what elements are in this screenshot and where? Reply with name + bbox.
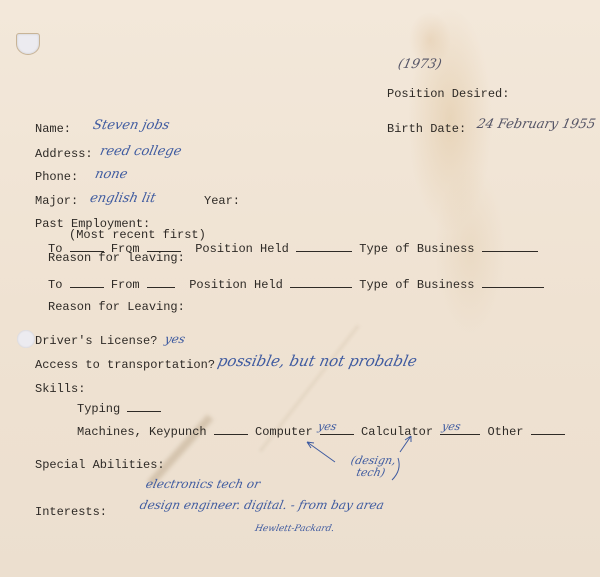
- typing-label: Typing: [77, 402, 120, 416]
- major-label: Major:: [35, 194, 78, 208]
- calculator-value: yes: [441, 420, 462, 434]
- employment-2-to-field[interactable]: [70, 276, 104, 288]
- employment-2-reason-label: Reason for Leaving:: [48, 300, 185, 314]
- interests-label: Interests:: [35, 505, 107, 519]
- address-label: Address:: [35, 147, 93, 161]
- address-value: reed college: [99, 145, 183, 159]
- drivers-license-label: Driver's License?: [35, 334, 157, 348]
- employment-1-position-field[interactable]: [296, 240, 352, 252]
- employment-1-business-label: Type of Business: [359, 242, 474, 256]
- major-value: english lit: [89, 192, 157, 206]
- employment-2-to-label: To: [48, 278, 62, 292]
- birth-date-value: 24 February 1955: [476, 118, 597, 132]
- skills-label: Skills:: [35, 382, 85, 396]
- typing-row: Typing: [77, 400, 161, 416]
- punch-hole-middle: [17, 330, 35, 348]
- keypunch-field[interactable]: [214, 423, 248, 435]
- skills-annotation: (design, tech): [345, 455, 398, 479]
- other-label: Other: [487, 425, 523, 439]
- special-abilities-label: Special Abilities:: [35, 458, 165, 472]
- interests-line-3: Hewlett-Packard.: [254, 522, 336, 536]
- calculator-label: Calculator: [361, 425, 433, 439]
- birth-date-label: Birth Date:: [387, 122, 466, 136]
- employment-1-position-label: Position Held: [195, 242, 289, 256]
- phone-label: Phone:: [35, 170, 78, 184]
- transportation-value: possible, but not probable: [217, 354, 419, 368]
- employment-2-position-field[interactable]: [290, 276, 352, 288]
- employment-2-from-label: From: [111, 278, 140, 292]
- year-annotation: (1973): [397, 58, 443, 72]
- year-label: Year:: [204, 194, 240, 208]
- drivers-license-value: yes: [164, 332, 187, 346]
- employment-1-reason-label: Reason for leaving:: [48, 251, 185, 265]
- computer-value: yes: [317, 420, 338, 434]
- employment-2-business-label: Type of Business: [359, 278, 474, 292]
- other-field[interactable]: [531, 423, 565, 435]
- name-value: Steven jobs: [92, 119, 171, 133]
- typing-field[interactable]: [127, 400, 161, 412]
- employment-2-position-label: Position Held: [189, 278, 283, 292]
- employment-2-row: To From Position Held Type of Business: [48, 276, 544, 292]
- employment-1-business-field[interactable]: [482, 240, 538, 252]
- punch-hole-top: [16, 33, 40, 55]
- employment-2-business-field[interactable]: [482, 276, 544, 288]
- interests-line-1: electronics tech or: [145, 477, 262, 491]
- position-desired-label: Position Desired:: [387, 87, 509, 101]
- name-label: Name:: [35, 122, 71, 136]
- computer-label: Computer: [255, 425, 313, 439]
- interests-line-2: design engineer. digital. - from bay are…: [139, 498, 386, 512]
- phone-value: none: [94, 168, 129, 182]
- transportation-label: Access to transportation?: [35, 358, 215, 372]
- machines-keypunch-label: Machines, Keypunch: [77, 425, 207, 439]
- employment-2-from-field[interactable]: [147, 276, 175, 288]
